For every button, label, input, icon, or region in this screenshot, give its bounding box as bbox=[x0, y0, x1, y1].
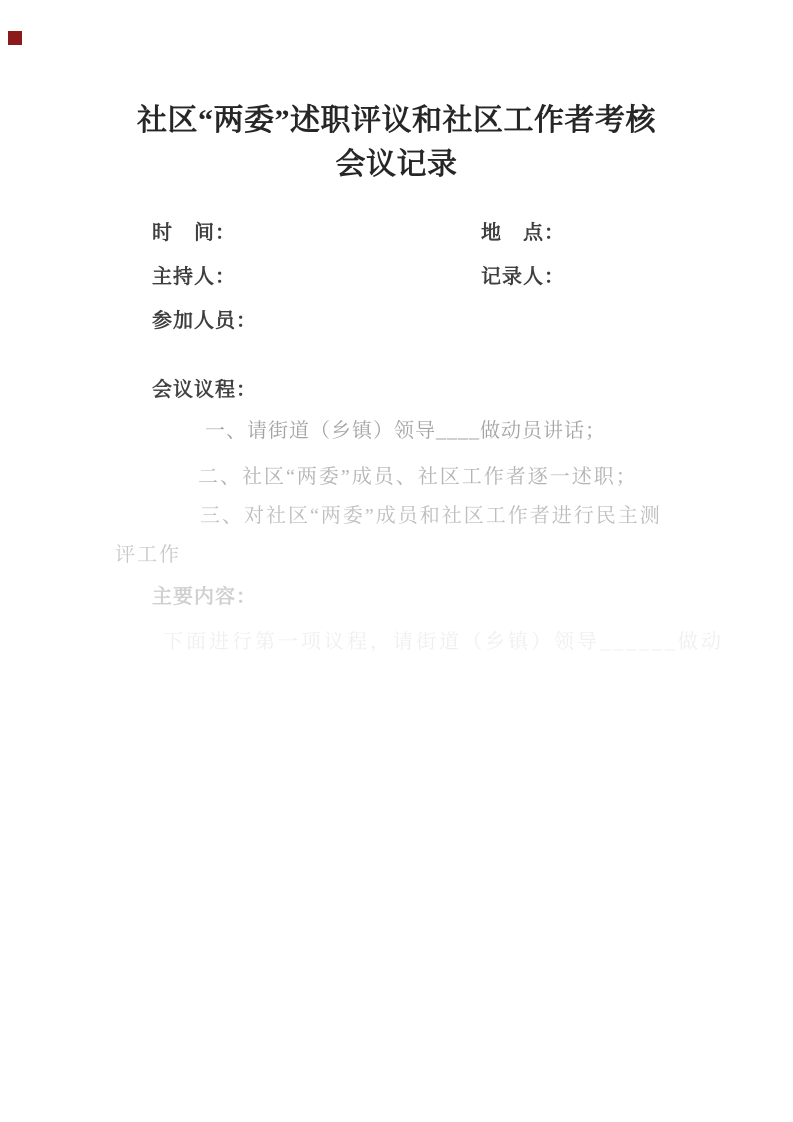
red-corner-mark bbox=[8, 31, 22, 45]
agenda-heading: 会议议程： bbox=[152, 373, 257, 402]
main-content-heading: 主要内容： bbox=[152, 580, 257, 609]
agenda-item-3-continuation: 评工作 bbox=[115, 538, 181, 567]
agenda-item-1: 一、请街道（乡镇）领导____做动员讲话； bbox=[205, 414, 606, 443]
recorder-label: 记录人： bbox=[481, 260, 565, 289]
place-label: 地 点： bbox=[481, 216, 565, 245]
document-page: 社区“两委”述职评议和社区工作者考核 会议记录 时 间： 地 点： 主持人： 记… bbox=[0, 0, 793, 1122]
participants-label: 参加人员： bbox=[152, 304, 257, 333]
faded-body-line: 下面进行第一项议程，请街道（乡镇）领导______做动 bbox=[163, 625, 724, 654]
host-label: 主持人： bbox=[152, 260, 236, 289]
agenda-item-2: 二、社区“两委”成员、社区工作者逐一述职； bbox=[198, 460, 638, 489]
agenda-item-3: 三、对社区“两委”成员和社区工作者进行民主测 bbox=[200, 499, 662, 528]
document-title-line2: 会议记录 bbox=[0, 144, 793, 186]
time-label: 时 间： bbox=[152, 216, 236, 245]
document-title-line1: 社区“两委”述职评议和社区工作者考核 bbox=[0, 100, 793, 142]
